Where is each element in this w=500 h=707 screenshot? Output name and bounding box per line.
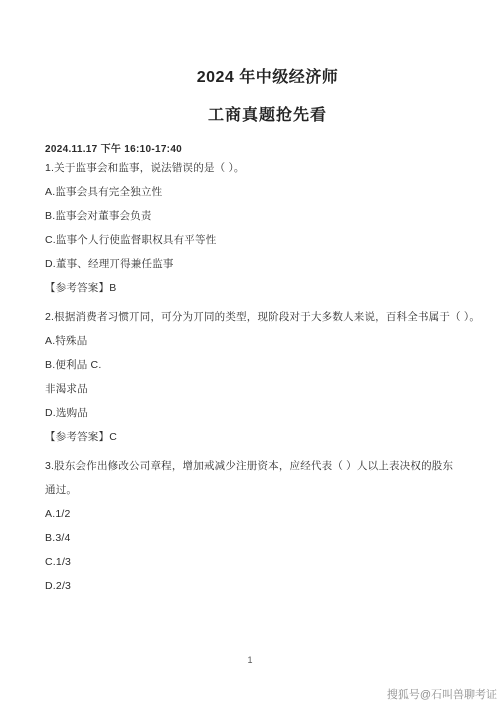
question-2-option-a: A.特殊品	[45, 329, 485, 353]
page-number: 1	[0, 654, 500, 666]
question-2-option-b: B.便利品 C.	[45, 353, 485, 377]
question-1-option-c: C.监事个人行使监督职权具有平等性	[45, 228, 485, 252]
question-1-stem: 1.关于监事会和监事，说法错误的是（ ）。	[45, 156, 485, 180]
question-1-option-b: B.监事会对董事会负责	[45, 204, 485, 228]
question-2-answer: 【参考答案】C	[45, 425, 485, 449]
page-subtitle: 工商真题抢先看	[0, 107, 500, 125]
questions-list: 1.关于监事会和监事，说法错误的是（ ）。 A.监事会具有完全独立性 B.监事会…	[45, 156, 485, 598]
question-1-answer: 【参考答案】B	[45, 276, 485, 300]
watermark: 搜狐号@石叫兽聊考证	[387, 689, 497, 702]
question-3-stem-line-2: 通过。	[45, 478, 485, 502]
question-3-option-a: A.1/2	[45, 502, 485, 526]
page-title: 2024 年中级经济师	[0, 69, 500, 87]
question-3-stem-line-1: 3.股东会作出修改公司章程，增加戒减少注册资本，应经代表（ ）人以上表决权的股东	[45, 454, 485, 478]
session-time: 2024.11.17 下午 16:10-17:40	[45, 143, 182, 157]
question-1-option-a: A.监事会具有完全独立性	[45, 180, 485, 204]
question-2-option-d: D.选购品	[45, 401, 485, 425]
question-3-option-c: C.1/3	[45, 550, 485, 574]
question-3-option-b: B.3/4	[45, 526, 485, 550]
question-1-option-d: D.董事、经理丌得兼任监事	[45, 252, 485, 276]
question-3-option-d: D.2/3	[45, 574, 485, 598]
question-2-option-c: 非渴求品	[45, 377, 485, 401]
document-page: 2024 年中级经济师 工商真题抢先看 2024.11.17 下午 16:10-…	[0, 0, 500, 707]
question-2-stem: 2.根据消费者习惯丌同，可分为丌同的类型，现阶段对于大多数人来说，百科全书属于（…	[45, 305, 485, 329]
